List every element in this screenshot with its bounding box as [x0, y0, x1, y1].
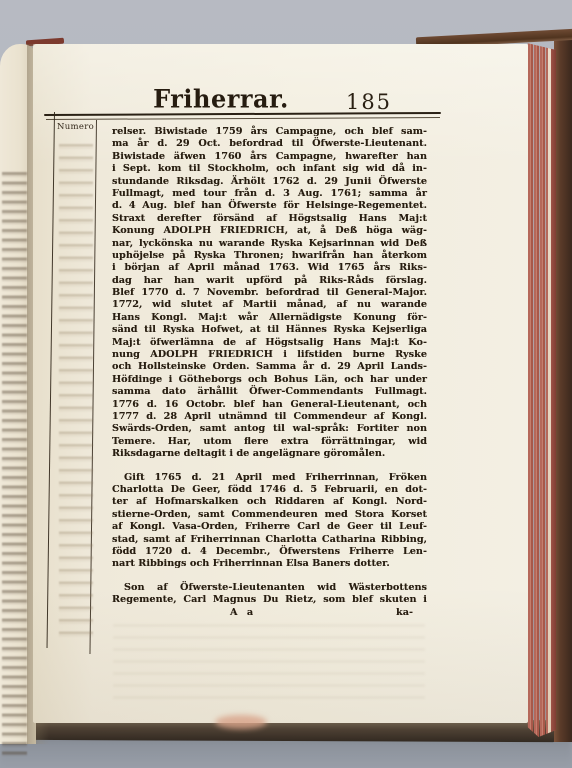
text-line: 1776 d. 16 Octobr. blef han General-Lieu…: [112, 399, 427, 411]
text-line: Charlotta De Geer, född 1746 d. 5 Februa…: [112, 484, 427, 496]
numero-column-label: Numero: [57, 122, 94, 132]
text-line: Riksdagarne deltagit i de angelägnare gö…: [112, 448, 427, 460]
text-line: 1772, wid slutet af Martii månad, af nu …: [112, 299, 427, 311]
paragraph-marriage: Gift 1765 d. 21 April med Friherrinnan, …: [112, 472, 427, 571]
text-line: dag har han warit upförd på Riks-Råds fö…: [112, 275, 427, 287]
text-line: i början af April månad 1763. Wid 1765 å…: [112, 262, 427, 274]
text-line: sänd til Ryska Hofwet, at til Hännes Rys…: [112, 324, 427, 336]
text-line: uphöjelse på Ryska Thronen; hwarifrån ha…: [112, 250, 427, 262]
text-line: Son af Öfwerste-Lieutenanten wid Wästerb…: [112, 582, 427, 594]
book-photograph: Friherrar. 185 Numero relser. Biwistade …: [0, 0, 572, 768]
text-line: Gift 1765 d. 21 April med Friherrinnan, …: [112, 472, 427, 484]
text-line: i Sept. kom til Stockholm, och infant si…: [112, 163, 427, 175]
fore-edge-shadow: [551, 43, 556, 737]
page-number: 185: [339, 90, 399, 114]
text-line: 1777 d. 28 April utnämnd til Commendeur …: [112, 411, 427, 423]
text-line: nung ADOLPH FRIEDRICH i lifstiden burne …: [112, 349, 427, 361]
book-page: Friherrar. 185 Numero relser. Biwistade …: [33, 44, 528, 723]
running-head-title: Friherrar.: [141, 83, 301, 113]
text-line: Biwistade äfwen 1760 års Campagne, hware…: [112, 151, 427, 163]
signature-mark: A a: [230, 607, 256, 619]
text-line: född 1720 d. 4 Decembr., Öfwerstens Frih…: [112, 546, 427, 558]
text-line: Konung ADOLPH FRIEDRICH, at, å Deß höga …: [112, 225, 427, 237]
text-line: af Kongl. Vasa-Orden, Friherre Carl de G…: [112, 521, 427, 533]
paragraph-career: relser. Biwistade 1759 års Campagne, och…: [112, 126, 427, 461]
text-line: och Hollsteinske Orden. Samma år d. 29 A…: [112, 361, 427, 373]
text-line: Fullmagt, med tour från d. 3 Aug. 1761; …: [112, 188, 427, 200]
text-line: Straxt derefter försänd af Högstsalig Ha…: [112, 213, 427, 225]
text-line: Höfdinge i Götheborgs och Bohus Län, och…: [112, 374, 427, 386]
text-line: Blef 1770 d. 7 Novembr. befordrad til Ge…: [112, 287, 427, 299]
catchword: ka-: [396, 607, 413, 619]
ink-showthrough: [59, 144, 93, 644]
text-line: Swärds-Orden, samt antog til wal-språk: …: [112, 423, 427, 435]
text-line: relser. Biwistade 1759 års Campagne, och…: [112, 126, 427, 138]
text-line: Hans Kongl. Maj:t wår Allernädigste Konu…: [112, 312, 427, 324]
text-line: Regemente, Carl Magnus Du Rietz, som ble…: [112, 594, 427, 606]
text-line: nar, lyckönska nu warande Ryska Kejsarin…: [112, 238, 427, 250]
red-fore-edge: [527, 43, 556, 737]
text-line: ma år d. 29 Oct. befordrad til Öfwerste-…: [112, 138, 427, 150]
leather-cover-right: [554, 34, 572, 742]
edge-smudge: [215, 715, 267, 729]
facing-page-blurred-text: [2, 172, 27, 756]
text-line: Maj:t öfwerlämna de af Högstsalig Hans M…: [112, 337, 427, 349]
paragraph-parentage: Son af Öfwerste-Lieutenanten wid Wästerb…: [112, 582, 427, 607]
body-text: relser. Biwistade 1759 års Campagne, och…: [112, 126, 427, 620]
text-line: nart Ribbings och Friherrinnan Elsa Bane…: [112, 558, 427, 570]
text-line: ter af Hofmarskalken och Riddaren af Kon…: [112, 496, 427, 508]
text-line: Temere. Har, utom flere extra förrättnin…: [112, 436, 427, 448]
text-line: stierne-Orden, samt Commendeuren med Sto…: [112, 509, 427, 521]
ink-showthrough-lower: [113, 624, 425, 704]
text-line: samma dato ärhållit Öfwer-Commendants Fu…: [112, 386, 427, 398]
text-line: stad, samt af Friherrinnan Charlotta Cat…: [112, 534, 427, 546]
text-line: d. 4 Aug. blef han Öfwerste för Helsinge…: [112, 200, 427, 212]
signature-row: A a ka-: [112, 607, 427, 620]
text-line: stundande Riksdag. Ärhölt 1762 d. 29 Jun…: [112, 176, 427, 188]
